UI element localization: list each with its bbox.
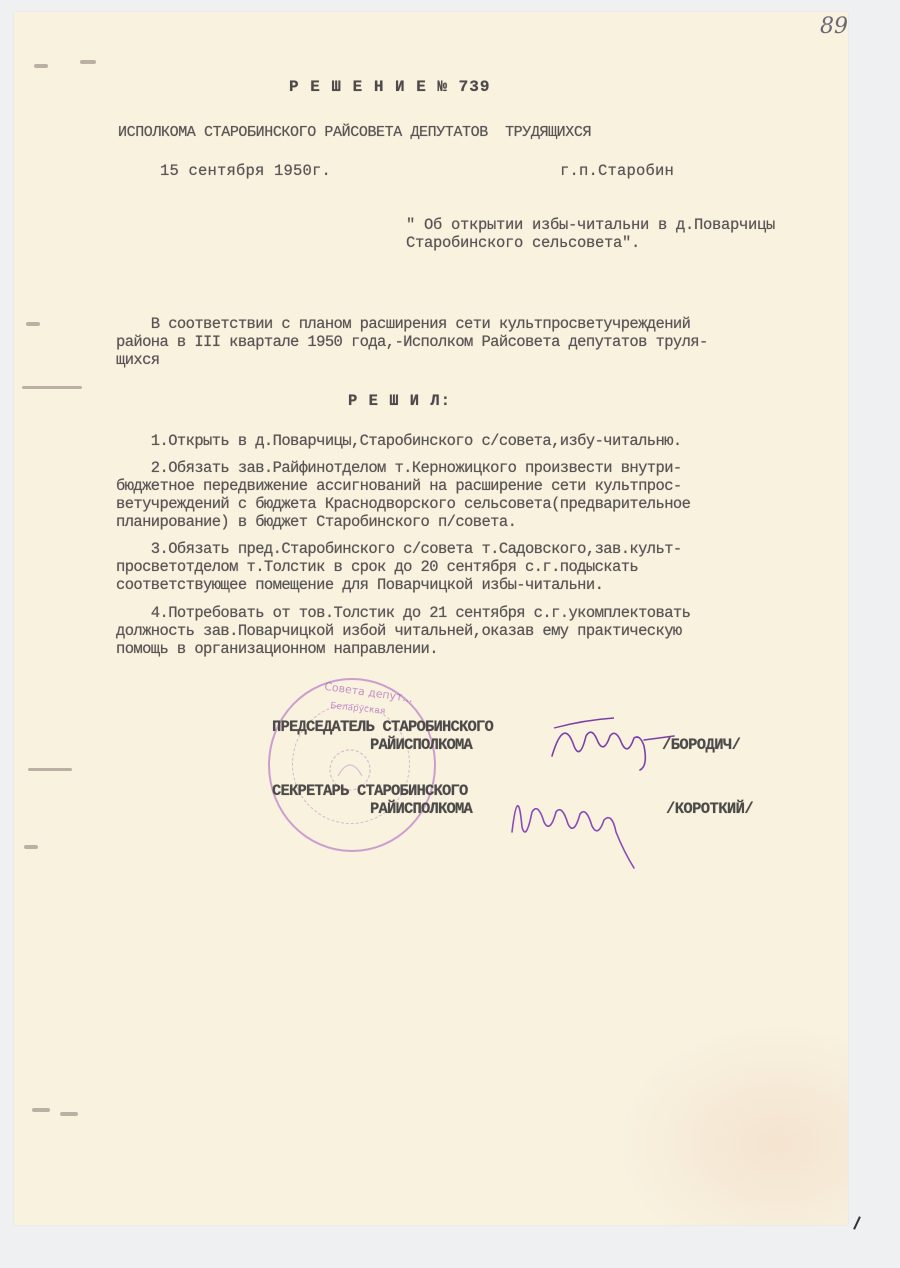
item-line: планирование) в бюджет Старобинского п/с… bbox=[116, 513, 516, 531]
item-line: ветучреждений с бюджета Краснодворского … bbox=[116, 495, 690, 513]
item-line: 4.Потребовать от тов.Толстик до 21 сентя… bbox=[116, 604, 690, 622]
item-line: должность зав.Поварчицкой избой читальне… bbox=[116, 622, 682, 640]
secretary-name: /КОРОТКИЙ/ bbox=[666, 800, 753, 818]
secretary-signature-icon bbox=[504, 772, 644, 872]
issuer-line: ИСПОЛКОМА СТАРОБИНСКОГО РАЙСОВЕТА ДЕПУТА… bbox=[118, 124, 591, 141]
preamble-line-3: щихся bbox=[116, 351, 160, 369]
margin-mark bbox=[34, 64, 48, 68]
margin-mark bbox=[32, 1108, 50, 1112]
document-title: Р Е Ш Е Н И Е № 739 bbox=[289, 78, 490, 96]
margin-mark bbox=[60, 1112, 78, 1116]
margin-mark bbox=[22, 386, 82, 389]
subject-line-2: Старобинского сельсовета". bbox=[406, 234, 640, 252]
subject-line-1: " Об открытии избы-читальни в д.Поварчиц… bbox=[406, 216, 775, 234]
margin-mark bbox=[24, 845, 38, 849]
margin-mark bbox=[28, 768, 72, 771]
chairman-name: /БОРОДИЧ/ bbox=[662, 736, 740, 754]
secretary-title-line-1: СЕКРЕТАРЬ СТАРОБИНСКОГО bbox=[272, 782, 468, 800]
chairman-title-line-1: ПРЕДСЕДАТЕЛЬ СТАРОБИНСКОГО bbox=[272, 718, 493, 736]
margin-mark bbox=[26, 322, 40, 326]
preamble-line-1: В соответствии с планом расширения сети … bbox=[116, 315, 690, 333]
document-date: 15 сентября 1950г. bbox=[160, 162, 331, 180]
chairman-title-line-2: РАЙИСПОЛКОМА bbox=[370, 736, 472, 754]
official-stamp: Совета депут... Беларуская bbox=[268, 678, 436, 852]
item-line: просветотделом т.Толстик в срок до 20 се… bbox=[116, 558, 638, 576]
preamble-line-2: района в III квартале 1950 года,-Исполко… bbox=[116, 333, 708, 351]
item-line: бюджетное передвижение ассигнований на р… bbox=[116, 477, 682, 495]
item-line: 3.Обязать пред.Старобинского с/совета т.… bbox=[116, 540, 682, 558]
document-place: г.п.Старобин bbox=[560, 162, 674, 180]
item-line: 2.Обязать зав.Райфинотделом т.Керножицко… bbox=[116, 459, 682, 477]
margin-mark bbox=[80, 60, 96, 64]
scan-artifact bbox=[853, 1216, 861, 1230]
document-page: 89 Р Е Ш Е Н И Е № 739 ИСПОЛКОМА СТАРОБИ… bbox=[14, 12, 848, 1225]
item-line: помощь в организационном направлении. bbox=[116, 640, 438, 658]
item-line: 1.Открыть в д.Поварчицы,Старобинского с/… bbox=[116, 432, 682, 450]
item-line: соответствующее помещение для Поварчицко… bbox=[116, 576, 603, 594]
secretary-title-line-2: РАЙИСПОЛКОМА bbox=[370, 800, 472, 818]
resolved-heading: Р Е Ш И Л: bbox=[348, 392, 451, 410]
page-number: 89 bbox=[820, 14, 848, 39]
